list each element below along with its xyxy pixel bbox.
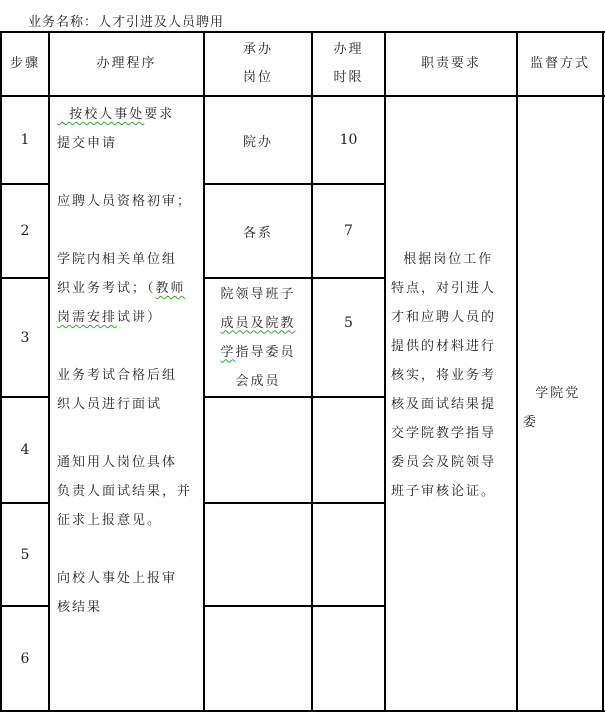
- step-number: 6: [21, 651, 30, 667]
- duty-line: 特点，对引进人: [391, 274, 515, 303]
- procedure-line: 负责人面试结果，并: [57, 477, 203, 506]
- post-text-line: 成员及院教: [220, 309, 295, 338]
- step-cell-1: 1: [2, 97, 48, 183]
- post-text-underlined: 学: [220, 345, 235, 360]
- duty-line: 交学院教学指导: [391, 419, 515, 448]
- procedure-line: [57, 535, 203, 564]
- header-step: 步骤: [2, 33, 48, 95]
- procedure-line: 织人员进行面试: [57, 390, 203, 419]
- post-cell-3: 院领导班子 成员及院教 学指导委员 会成员: [205, 279, 311, 396]
- duty-line: 班子审核论证。: [391, 477, 515, 506]
- header-step-label: 步骤: [10, 50, 40, 78]
- supervision-line: 委: [523, 408, 601, 437]
- procedure-line: 应聘人员资格初审；: [57, 187, 203, 216]
- procedure-line: 岗需安排试讲）: [57, 303, 203, 332]
- header-supervision-label: 监督方式: [530, 50, 590, 78]
- procedure-text: 按校人事处要求 提交申请 应聘人员资格初审； 学院内相关单位组 织业务考试；（教…: [57, 100, 203, 622]
- post-text-rest: 指导委员: [236, 345, 296, 360]
- limit-cell-1: 10: [313, 97, 384, 183]
- post-text-line: 院领导班子: [220, 280, 295, 309]
- header-duty: 职责要求: [386, 33, 516, 95]
- duty-line: 委员会及院领导: [391, 448, 515, 477]
- post-text-line: 学指导委员: [220, 338, 295, 367]
- procedure-line: [57, 419, 203, 448]
- step-number: 5: [21, 547, 30, 563]
- limit-value: 5: [344, 315, 353, 331]
- duty-line: 提供的材料进行: [391, 332, 515, 361]
- table-border-right: [602, 31, 604, 712]
- step-number: 3: [21, 330, 30, 346]
- limit-cell-3: 5: [313, 279, 384, 396]
- header-duty-label: 职责要求: [421, 50, 481, 78]
- step-cell-4: 4: [2, 398, 48, 502]
- procedure-table: 步骤 办理程序 承办 岗位 办理 时限 职责要求 监督方式 1 2 3 4 5 …: [0, 0, 605, 713]
- duty-line: 核实，将业务考: [391, 361, 515, 390]
- post-text-line: 会成员: [235, 367, 280, 396]
- procedure-line-7-rest: 试讲）: [117, 310, 162, 325]
- col-border: [48, 31, 50, 712]
- header-post-line1: 承办: [243, 36, 273, 64]
- procedure-line: 提交申请: [57, 129, 203, 158]
- row-border: [204, 396, 386, 398]
- header-limit-line2: 时限: [333, 64, 363, 92]
- post-text: 院办: [243, 131, 273, 150]
- step-cell-3: 3: [2, 279, 48, 396]
- procedure-line-0-underlined: 按校人事处: [57, 107, 144, 122]
- header-procedure-label: 办理程序: [96, 50, 156, 78]
- step-cell-5: 5: [2, 504, 48, 605]
- procedure-line-6-a: 织业务考试；（: [57, 281, 156, 296]
- post-cell-1: 院办: [205, 97, 311, 183]
- header-limit: 办理 时限: [313, 33, 384, 95]
- duty-text: 根据岗位工作 特点，对引进人 才和应聘人员的 提供的材料进行 核实，将业务考 核…: [391, 245, 515, 506]
- step-cell-2: 2: [2, 185, 48, 277]
- procedure-line: 核结果: [57, 593, 203, 622]
- step-number: 1: [21, 132, 30, 148]
- procedure-line: 向校人事处上报审: [57, 564, 203, 593]
- procedure-line: [57, 216, 203, 245]
- procedure-line: 征求上报意见。: [57, 506, 203, 535]
- procedure-line: 按校人事处要求: [57, 100, 203, 129]
- col-border: [384, 31, 386, 712]
- procedure-line: [57, 332, 203, 361]
- procedure-line-6-underlined: 教师: [156, 281, 186, 296]
- step-number: 2: [21, 223, 30, 239]
- col-border: [516, 31, 518, 712]
- procedure-line: 通知用人岗位具体: [57, 448, 203, 477]
- header-supervision: 监督方式: [518, 33, 602, 95]
- procedure-line: [57, 158, 203, 187]
- limit-value: 7: [344, 223, 353, 239]
- post-cell-2: 各系: [205, 185, 311, 277]
- procedure-line: 织业务考试；（教师: [57, 274, 203, 303]
- supervision-text: 学院党 委: [523, 379, 601, 437]
- duty-line: 才和应聘人员的: [391, 303, 515, 332]
- supervision-line: 学院党: [523, 379, 601, 408]
- step-cell-6: 6: [2, 607, 48, 710]
- row-border: [204, 502, 386, 504]
- header-post: 承办 岗位: [205, 33, 311, 95]
- duty-line: 根据岗位工作: [391, 245, 515, 274]
- header-limit-line1: 办理: [333, 36, 363, 64]
- table-border-bottom: [0, 710, 605, 712]
- post-text: 各系: [243, 222, 273, 241]
- header-procedure: 办理程序: [50, 33, 203, 95]
- limit-cell-2: 7: [313, 185, 384, 277]
- limit-value: 10: [340, 132, 358, 148]
- procedure-line-0-rest: 要求: [144, 107, 174, 122]
- row-border: [204, 605, 386, 607]
- duty-line: 核及面试结果提: [391, 390, 515, 419]
- header-post-line2: 岗位: [243, 64, 273, 92]
- procedure-line: 业务考试合格后组: [57, 361, 203, 390]
- procedure-line-7-underlined: 岗需安排: [57, 310, 117, 325]
- step-number: 4: [21, 442, 30, 458]
- procedure-line: 学院内相关单位组: [57, 245, 203, 274]
